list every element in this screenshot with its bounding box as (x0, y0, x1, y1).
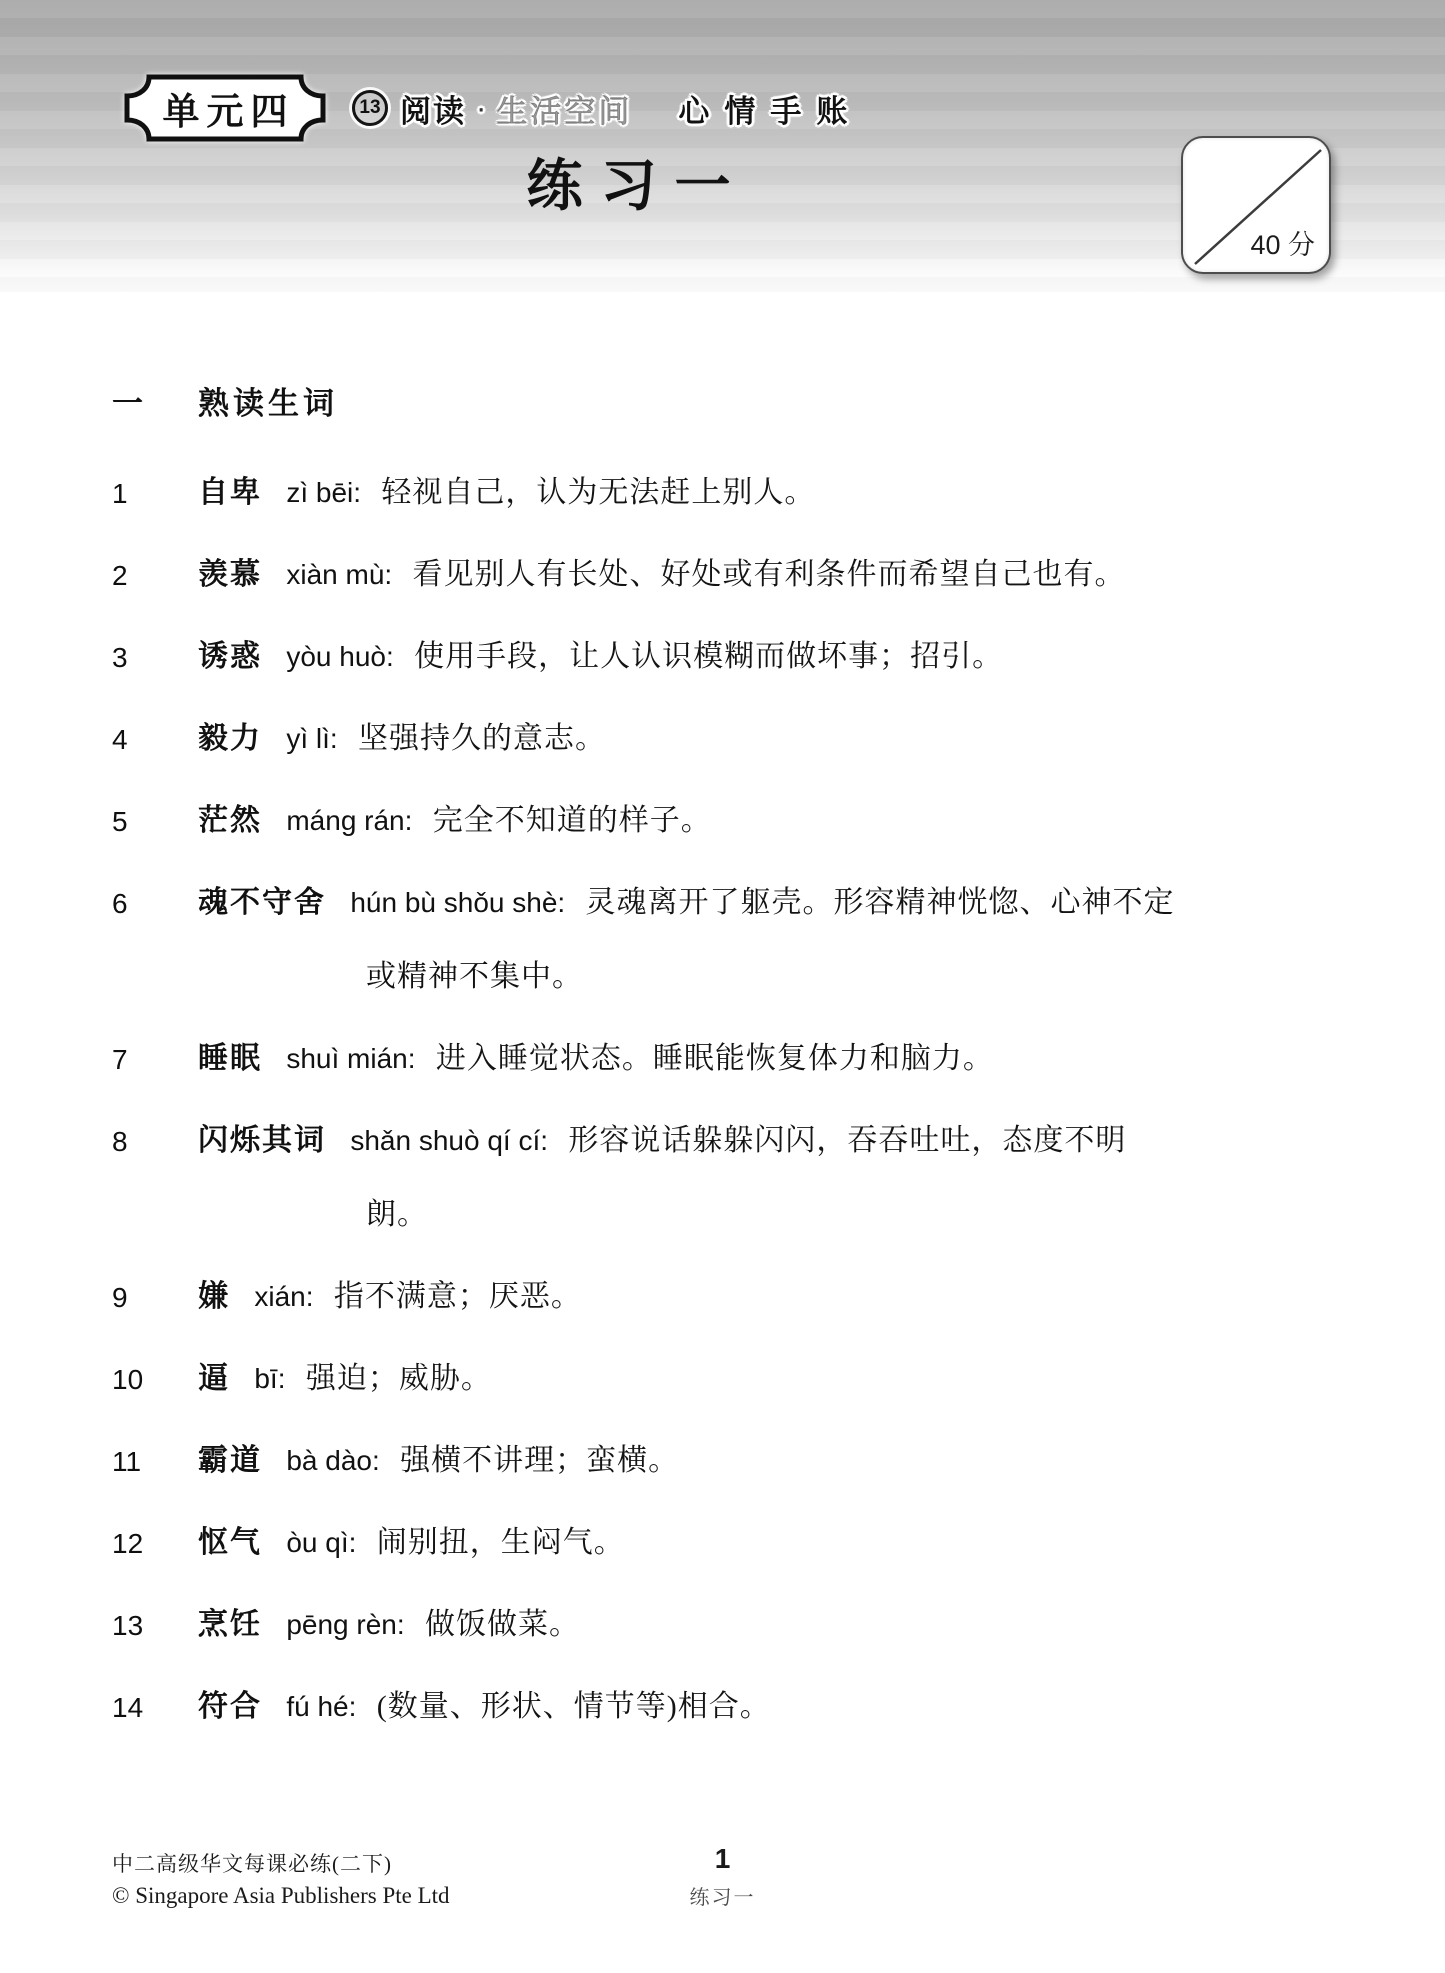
vocab-pinyin: shuì mián: (286, 1043, 415, 1074)
vocab-item: 14 符合 fú hé: (数量、形状、情节等)相合。 (112, 1689, 1375, 1725)
lesson-type-label: 阅读 (400, 86, 466, 131)
unit-label: 单元四 (122, 72, 328, 144)
vocab-item: 13 烹饪 pēng rèn: 做饭做菜。 (112, 1607, 1375, 1643)
vocab-definition: 进入睡觉状态。睡眠能恢复体力和脑力。 (436, 1042, 994, 1075)
vocab-definition: 坚强持久的意志。 (358, 722, 606, 755)
lesson-number-badge: 13 (352, 90, 388, 126)
vocab-item: 8 闪烁其词 shǎn shuò qí cí: 形容说话躲躲闪闪，吞吞吐吐，态度… (112, 1123, 1375, 1233)
vocab-definition: 强迫；威胁。 (306, 1362, 492, 1395)
vocab-item: 2 羡慕 xiàn mù: 看见别人有长处、好处或有利条件而希望自己也有。 (112, 557, 1375, 593)
vocab-definition: 完全不知道的样子。 (433, 804, 712, 837)
item-number: 8 (112, 1123, 198, 1233)
item-number: 11 (112, 1443, 198, 1479)
vocab-item: 6 魂不守舍 hún bù shǒu shè: 灵魂离开了躯壳。形容精神恍惚、心… (112, 885, 1375, 995)
vocab-term: 霸道 (198, 1444, 262, 1477)
vocab-item: 10 逼 bī: 强迫；威胁。 (112, 1361, 1375, 1397)
vocab-definition: 强横不讲理；蛮横。 (400, 1444, 679, 1477)
vocab-term: 自卑 (198, 476, 262, 509)
vocab-term: 怄气 (198, 1526, 262, 1559)
page-number-block: 1 练习一 (0, 1843, 1445, 1910)
section-title: 熟读生词 (198, 378, 338, 423)
vocab-pinyin: máng rán: (286, 805, 412, 836)
vocab-definition: 轻视自己，认为无法赶上别人。 (381, 476, 815, 509)
vocab-pinyin: bà dào: (286, 1445, 379, 1476)
item-number: 4 (112, 721, 198, 757)
section-heading: 一 熟读生词 (112, 378, 1375, 423)
item-number: 9 (112, 1279, 198, 1315)
lesson-separator-dot: · (476, 90, 486, 126)
vocab-definition: 看见别人有长处、好处或有利条件而希望自己也有。 (413, 558, 1126, 591)
vocab-definition-continued: 或精神不集中。 (198, 959, 1375, 995)
vocab-item: 11 霸道 bà dào: 强横不讲理；蛮横。 (112, 1443, 1375, 1479)
vocab-item: 1 自卑 zì bēi: 轻视自己，认为无法赶上别人。 (112, 475, 1375, 511)
item-number: 14 (112, 1689, 198, 1725)
header-row: 单元四 13 阅读 · 生活空间 心情手账 (122, 72, 862, 144)
page-title: 练习一 (0, 142, 1360, 222)
item-number: 5 (112, 803, 198, 839)
vocab-term: 毅力 (198, 722, 262, 755)
vocab-pinyin: xiàn mù: (286, 559, 392, 590)
lesson-heading: 13 阅读 · 生活空间 心情手账 (352, 86, 862, 131)
vocab-definition: 形容说话躲躲闪闪，吞吞吐吐，态度不明 (568, 1124, 1126, 1157)
vocab-pinyin: òu qì: (286, 1527, 356, 1558)
vocab-list: 1 自卑 zì bēi: 轻视自己，认为无法赶上别人。 2 羡慕 xiàn mù… (112, 475, 1375, 1725)
vocab-item: 4 毅力 yì lì: 坚强持久的意志。 (112, 721, 1375, 757)
lesson-title-label: 心情手账 (678, 86, 862, 131)
vocab-term: 茫然 (198, 804, 262, 837)
item-number: 1 (112, 475, 198, 511)
vocab-pinyin: pēng rèn: (286, 1609, 404, 1640)
score-label: 40 分 (1250, 223, 1315, 262)
vocab-definition: 做饭做菜。 (425, 1608, 580, 1641)
vocab-definition-continued: 朗。 (198, 1197, 1375, 1233)
item-number: 6 (112, 885, 198, 995)
vocab-definition: 灵魂离开了躯壳。形容精神恍惚、心神不定 (586, 886, 1175, 919)
vocab-definition: 闹别扭，生闷气。 (377, 1526, 625, 1559)
vocab-item: 9 嫌 xián: 指不满意；厌恶。 (112, 1279, 1375, 1315)
vocab-term: 羡慕 (198, 558, 262, 591)
vocab-pinyin: bī: (254, 1363, 285, 1394)
vocab-pinyin: fú hé: (286, 1691, 356, 1722)
vocab-term: 烹饪 (198, 1608, 262, 1641)
page-number-label: 练习一 (0, 1881, 1445, 1910)
page-number: 1 (0, 1843, 1445, 1875)
vocab-definition: 指不满意；厌恶。 (334, 1280, 582, 1313)
vocab-pinyin: yòu huò: (286, 641, 393, 672)
vocab-term: 嫌 (198, 1280, 230, 1313)
page-header: 单元四 13 阅读 · 生活空间 心情手账 练习一 40 分 (0, 0, 1445, 292)
item-number: 3 (112, 639, 198, 675)
item-number: 13 (112, 1607, 198, 1643)
vocab-pinyin: shǎn shuò qí cí: (350, 1125, 548, 1156)
score-box: 40 分 (1181, 136, 1331, 274)
worksheet-body: 一 熟读生词 1 自卑 zì bēi: 轻视自己，认为无法赶上别人。 2 羡慕 … (0, 378, 1445, 1725)
vocab-pinyin: zì bēi: (286, 477, 361, 508)
vocab-term: 睡眠 (198, 1042, 262, 1075)
vocab-term: 魂不守舍 (198, 886, 326, 919)
vocab-item: 5 茫然 máng rán: 完全不知道的样子。 (112, 803, 1375, 839)
vocab-term: 诱惑 (198, 640, 262, 673)
vocab-definition: (数量、形状、情节等)相合。 (377, 1690, 771, 1723)
item-number: 2 (112, 557, 198, 593)
vocab-pinyin: xián: (254, 1281, 313, 1312)
vocab-pinyin: yì lì: (286, 723, 337, 754)
vocab-item: 7 睡眠 shuì mián: 进入睡觉状态。睡眠能恢复体力和脑力。 (112, 1041, 1375, 1077)
vocab-term: 逼 (198, 1362, 230, 1395)
vocab-item: 12 怄气 òu qì: 闹别扭，生闷气。 (112, 1525, 1375, 1561)
item-number: 12 (112, 1525, 198, 1561)
item-number: 10 (112, 1361, 198, 1397)
vocab-term: 符合 (198, 1690, 262, 1723)
vocab-item: 3 诱惑 yòu huò: 使用手段，让人认识模糊而做坏事；招引。 (112, 639, 1375, 675)
vocab-pinyin: hún bù shǒu shè: (350, 887, 565, 918)
worksheet-page: 单元四 13 阅读 · 生活空间 心情手账 练习一 40 分 一 熟读生词 (0, 0, 1445, 1973)
vocab-term: 闪烁其词 (198, 1124, 326, 1157)
lesson-topic-label: 生活空间 (496, 86, 632, 131)
vocab-definition: 使用手段，让人认识模糊而做坏事；招引。 (414, 640, 1003, 673)
section-number: 一 (112, 378, 198, 423)
unit-plaque: 单元四 (122, 72, 328, 144)
item-number: 7 (112, 1041, 198, 1077)
